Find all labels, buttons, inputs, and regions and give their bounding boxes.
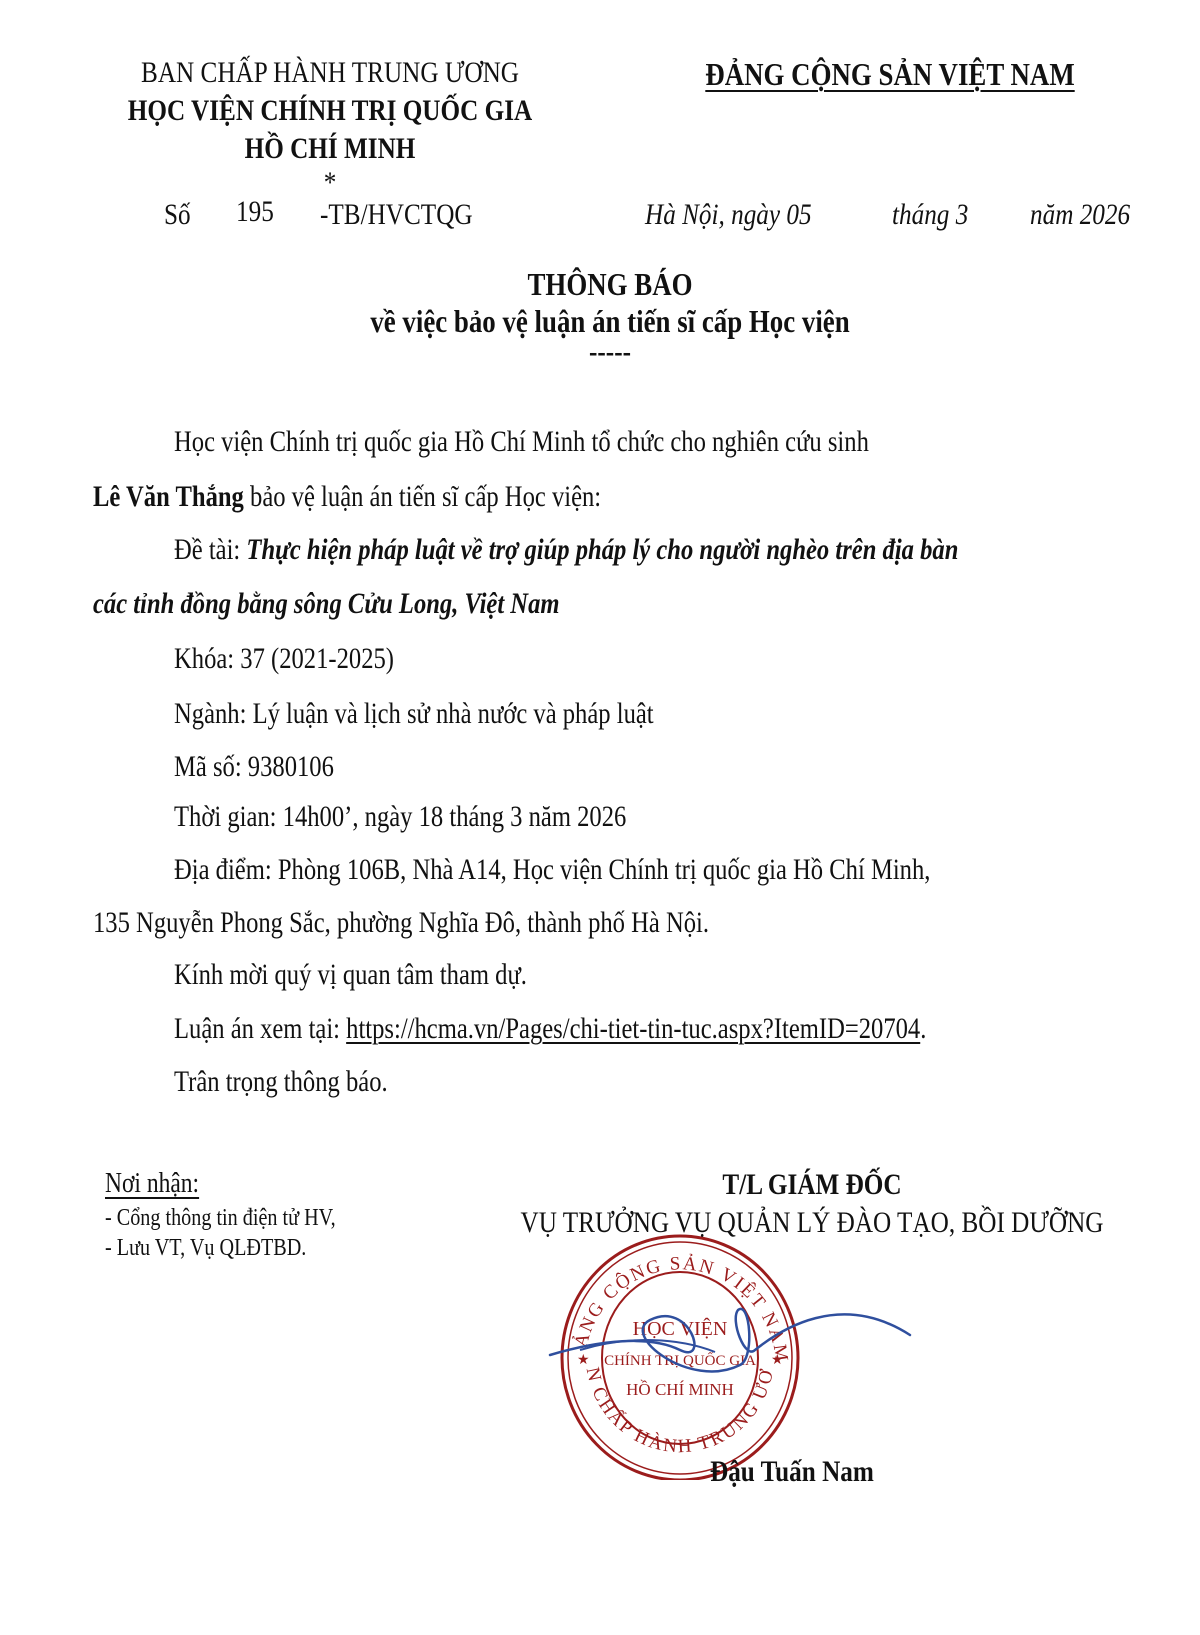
signing-position: VỤ TRƯỞNG VỤ QUẢN LÝ ĐÀO TẠO, BỒI DƯỠNG (521, 1206, 1104, 1240)
intro-line-1: Học viện Chính trị quốc gia Hồ Chí Minh … (174, 425, 869, 459)
date-month: tháng 3 (892, 198, 968, 232)
date-day: 05 (786, 198, 811, 231)
major-line: Ngành: Lý luận và lịch sử nhà nước và ph… (174, 697, 654, 731)
date-month-label: tháng (892, 198, 949, 231)
date-year-value: 2026 (1080, 198, 1130, 231)
document-number: 195 (236, 195, 274, 229)
date-year-label: năm (1030, 198, 1073, 231)
academy-name-line1: HỌC VIỆN CHÍNH TRỊ QUỐC GIA (128, 94, 532, 128)
handwritten-signature-icon (540, 1280, 920, 1410)
recipient-item: - Cổng thông tin điện tử HV, (105, 1205, 336, 1232)
topic-line-1: Đề tài: Thực hiện pháp luật về trợ giúp … (174, 533, 958, 567)
candidate-name: Lê Văn Thắng (93, 480, 244, 513)
central-committee-label: BAN CHẤP HÀNH TRUNG ƯƠNG (141, 56, 519, 90)
thesis-line: Luận án xem tại: https://hcma.vn/Pages/c… (174, 1012, 926, 1046)
star-divider: * (324, 166, 337, 200)
topic-label: Đề tài: (174, 533, 246, 566)
date-place: Hà Nội, ngày 05 (645, 198, 812, 232)
title-separator: ----- (589, 335, 631, 369)
signer-name: Đậu Tuấn Nam (710, 1455, 874, 1489)
date-month-value: 3 (956, 198, 969, 231)
thesis-link[interactable]: https://hcma.vn/Pages/chi-tiet-tin-tuc.a… (346, 1012, 920, 1045)
academy-name-line2: HỒ CHÍ MINH (245, 132, 416, 166)
recipients-label: Nơi nhận: (105, 1168, 199, 1200)
thesis-end: . (920, 1012, 926, 1045)
date-year: năm 2026 (1030, 198, 1130, 232)
location-line-2: 135 Nguyễn Phong Sắc, phường Nghĩa Đô, t… (93, 906, 709, 940)
intro-rest: bảo vệ luận án tiến sĩ cấp Học viện: (244, 480, 601, 513)
party-name: ĐẢNG CỘNG SẢN VIỆT NAM (705, 56, 1074, 93)
intro-line-2: Lê Văn Thắng bảo vệ luận án tiến sĩ cấp … (93, 480, 601, 514)
signing-authority: T/L GIÁM ĐỐC (722, 1168, 901, 1202)
title-main: THÔNG BÁO (527, 266, 692, 303)
location-line-1: Địa điểm: Phòng 106B, Nhà A14, Học viện … (174, 853, 930, 887)
thesis-label: Luận án xem tại: (174, 1012, 346, 1045)
document-number-prefix: Số (164, 198, 191, 232)
topic-title-part1: Thực hiện pháp luật về trợ giúp pháp lý … (246, 533, 958, 566)
topic-title-part2: các tỉnh đồng bằng sông Cửu Long, Việt N… (93, 587, 560, 621)
closing-line: Trân trọng thông báo. (174, 1065, 388, 1099)
document-number-suffix: -TB/HVCTQG (320, 198, 473, 232)
time-line: Thời gian: 14h00’, ngày 18 tháng 3 năm 2… (174, 800, 626, 834)
recipient-item: - Lưu VT, Vụ QLĐTBD. (105, 1235, 306, 1262)
invite-line: Kính mời quý vị quan tâm tham dự. (174, 958, 527, 992)
course-line: Khóa: 37 (2021-2025) (174, 642, 394, 676)
code-line: Mã số: 9380106 (174, 750, 334, 784)
date-place-label: Hà Nội, ngày (645, 198, 780, 231)
